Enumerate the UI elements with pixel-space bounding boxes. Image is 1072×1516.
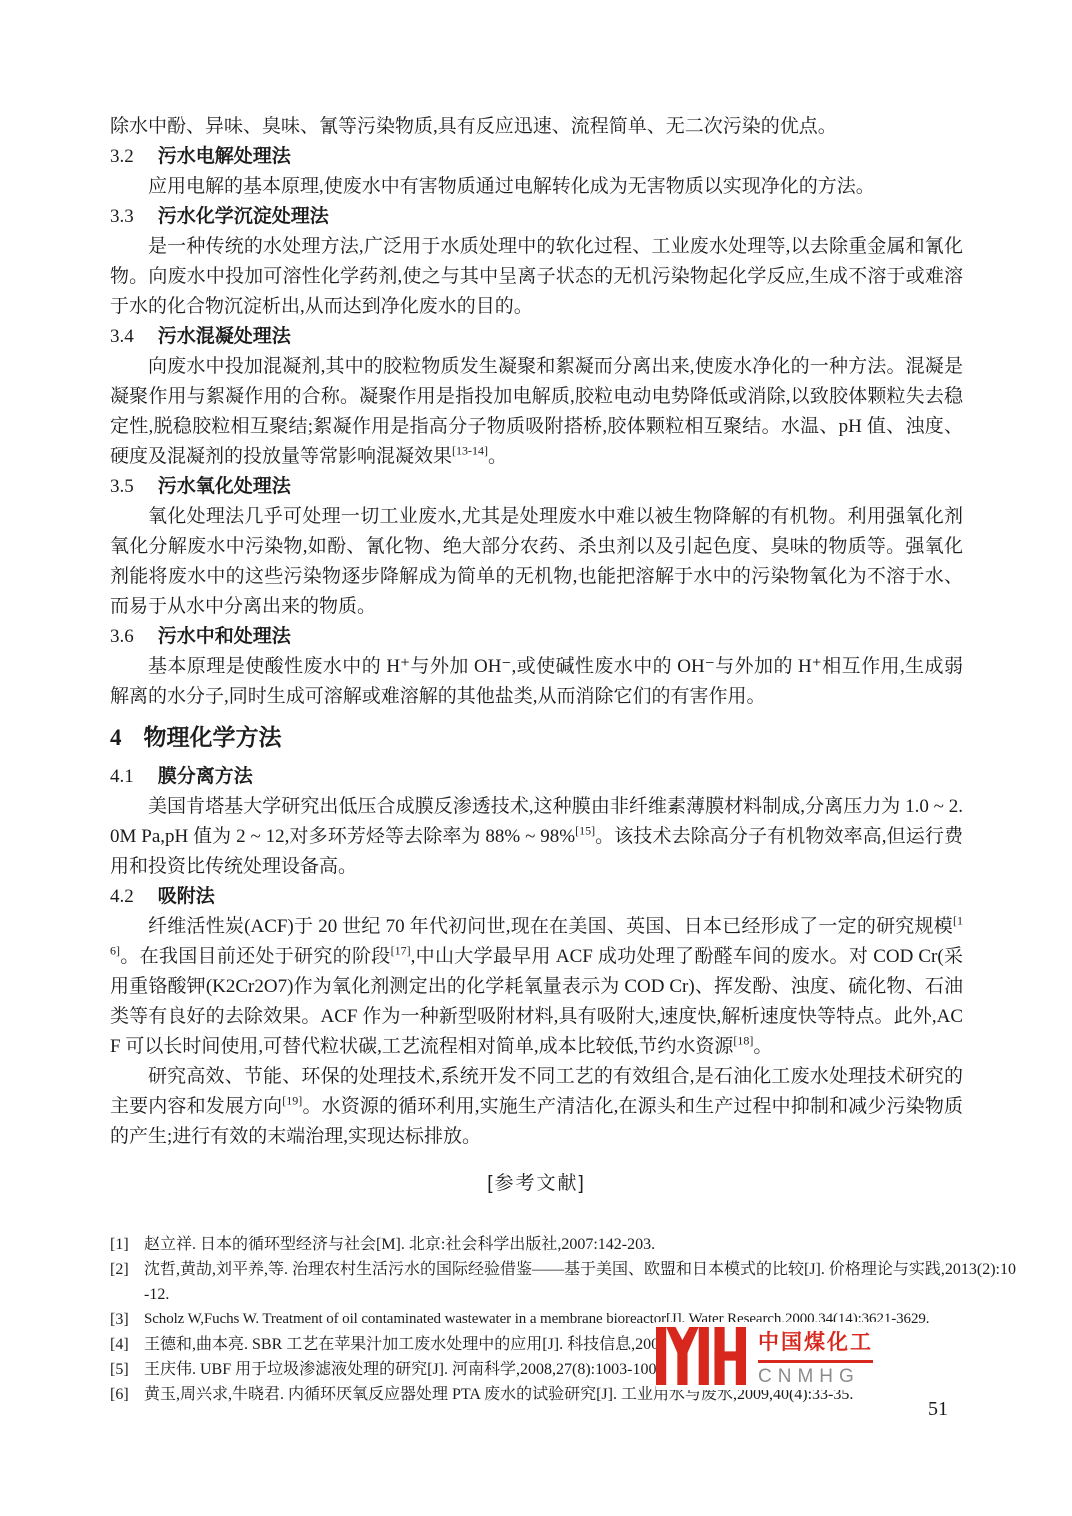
section-heading: 3.5污水氧化处理法	[110, 472, 963, 502]
heading-number: 4.2	[110, 886, 134, 907]
text-run: 向废水中投加混凝剂,其中的胶粒物质发生凝聚和絮凝而分离出来,使废水净化的一种方法…	[110, 356, 963, 467]
text-run: 是一种传统的水处理方法,广泛用于水质处理中的软化过程、工业废水处理等,以去除重金…	[110, 236, 963, 317]
heading-title: 污水混凝处理法	[158, 326, 291, 347]
text-run: 氧化处理法几乎可处理一切工业废水,尤其是处理废水中难以被生物降解的有机物。利用强…	[110, 506, 963, 617]
heading-title: 膜分离方法	[158, 766, 253, 787]
section-heading: 3.2污水电解处理法	[110, 142, 963, 172]
paragraph: 是一种传统的水处理方法,广泛用于水质处理中的软化过程、工业废水处理等,以去除重金…	[110, 232, 963, 322]
paragraph: 氧化处理法几乎可处理一切工业废水,尤其是处理废水中难以被生物降解的有机物。利用强…	[110, 502, 963, 622]
paragraph: 美国肯塔基大学研究出低压合成膜反渗透技术,这种膜由非纤维素薄膜材料制成,分离压力…	[110, 792, 963, 882]
section-heading: 4.1膜分离方法	[110, 762, 963, 792]
watermark-abbreviation: CNMHG	[758, 1366, 873, 1388]
text-run: 。	[753, 1036, 772, 1057]
paragraph: 研究高效、节能、环保的处理技术,系统开发不同工艺的有效组合,是石油化工废水处理技…	[110, 1062, 963, 1152]
heading-title: 污水氧化处理法	[158, 476, 291, 497]
references-heading: [参考文献]	[110, 1172, 963, 1196]
document-page: 除水中酚、异味、臭味、氰等污染物质,具有反应迅速、流程简单、无二次污染的优点。3…	[0, 0, 1072, 1516]
watermark-chinese-name: 中国煤化工	[758, 1326, 873, 1363]
article: 除水中酚、异味、臭味、氰等污染物质,具有反应迅速、流程简单、无二次污染的优点。3…	[110, 112, 963, 1162]
section-heading: 3.6污水中和处理法	[110, 622, 963, 652]
text-run: 纤维活性炭(ACF)于 20 世纪 70 年代初问世,现在在美国、英国、日本已经…	[148, 916, 953, 937]
reference-label: [3]	[110, 1307, 144, 1332]
heading-number: 4.1	[110, 766, 134, 787]
paragraph: 基本原理是使酸性废水中的 H⁺与外加 OH⁻,或使碱性废水中的 OH⁻与外加的 …	[110, 652, 963, 712]
text-run: 基本原理是使酸性废水中的 H⁺与外加 OH⁻,或使碱性废水中的 OH⁻与外加的 …	[110, 656, 963, 707]
text-run: 。	[488, 446, 507, 467]
heading-number: 4	[110, 725, 122, 750]
text-run: 应用电解的基本原理,使废水中有害物质通过电解转化成为无害物质以实现净化的方法。	[148, 176, 875, 197]
chapter-heading: 4物理化学方法	[110, 723, 963, 753]
reference-label: [1]	[110, 1232, 144, 1257]
citation-superscript: [15]	[575, 824, 595, 838]
citation-superscript: [19]	[282, 1094, 302, 1108]
watermark-text-block: 中国煤化工 CNMHG	[758, 1326, 873, 1388]
text-run: 。在我国目前还处于研究的阶段	[120, 946, 391, 967]
citation-superscript: [13-14]	[452, 444, 488, 458]
paragraph: 纤维活性炭(ACF)于 20 世纪 70 年代初问世,现在在美国、英国、日本已经…	[110, 912, 963, 1062]
section-heading: 3.3污水化学沉淀处理法	[110, 202, 963, 232]
heading-number: 3.2	[110, 146, 134, 167]
heading-number: 3.4	[110, 326, 134, 347]
heading-title: 污水化学沉淀处理法	[158, 206, 329, 227]
cnmhg-logo-icon	[656, 1327, 746, 1385]
citation-superscript: [17]	[391, 944, 411, 958]
paragraph: 应用电解的基本原理,使废水中有害物质通过电解转化成为无害物质以实现净化的方法。	[110, 172, 963, 202]
heading-number: 3.6	[110, 626, 134, 647]
reference-text: 赵立祥. 日本的循环型经济与社会[M]. 北京:社会科学出版社,2007:142…	[144, 1232, 963, 1257]
publisher-watermark: 中国煤化工 CNMHG	[656, 1322, 894, 1390]
reference-item: [2]沈哲,黄劼,刘平养,等. 治理农村生活污水的国际经验借鉴——基于美国、欧盟…	[110, 1257, 963, 1307]
reference-line: 赵立祥. 日本的循环型经济与社会[M]. 北京:社会科学出版社,2007:142…	[144, 1232, 963, 1257]
page-number: 51	[928, 1398, 948, 1421]
reference-label: [2]	[110, 1257, 144, 1307]
section-heading: 3.4污水混凝处理法	[110, 322, 963, 352]
continued-paragraph: 除水中酚、异味、臭味、氰等污染物质,具有反应迅速、流程简单、无二次污染的优点。	[110, 112, 963, 142]
reference-label: [6]	[110, 1382, 144, 1407]
heading-title: 物理化学方法	[144, 725, 282, 750]
heading-title: 污水中和处理法	[158, 626, 291, 647]
reference-line: -12.	[144, 1282, 963, 1307]
heading-title: 污水电解处理法	[158, 146, 291, 167]
reference-item: [1]赵立祥. 日本的循环型经济与社会[M]. 北京:社会科学出版社,2007:…	[110, 1232, 963, 1257]
heading-number: 3.3	[110, 206, 134, 227]
reference-text: 沈哲,黄劼,刘平养,等. 治理农村生活污水的国际经验借鉴——基于美国、欧盟和日本…	[144, 1257, 963, 1307]
reference-label: [5]	[110, 1357, 144, 1382]
section-heading: 4.2吸附法	[110, 882, 963, 912]
heading-number: 3.5	[110, 476, 134, 497]
reference-label: [4]	[110, 1332, 144, 1357]
paragraph: 向废水中投加混凝剂,其中的胶粒物质发生凝聚和絮凝而分离出来,使废水净化的一种方法…	[110, 352, 963, 472]
citation-superscript: [18]	[733, 1034, 753, 1048]
text-run: 除水中酚、异味、臭味、氰等污染物质,具有反应迅速、流程简单、无二次污染的优点。	[110, 116, 837, 137]
reference-line: 沈哲,黄劼,刘平养,等. 治理农村生活污水的国际经验借鉴——基于美国、欧盟和日本…	[144, 1257, 963, 1282]
heading-title: 吸附法	[158, 886, 215, 907]
